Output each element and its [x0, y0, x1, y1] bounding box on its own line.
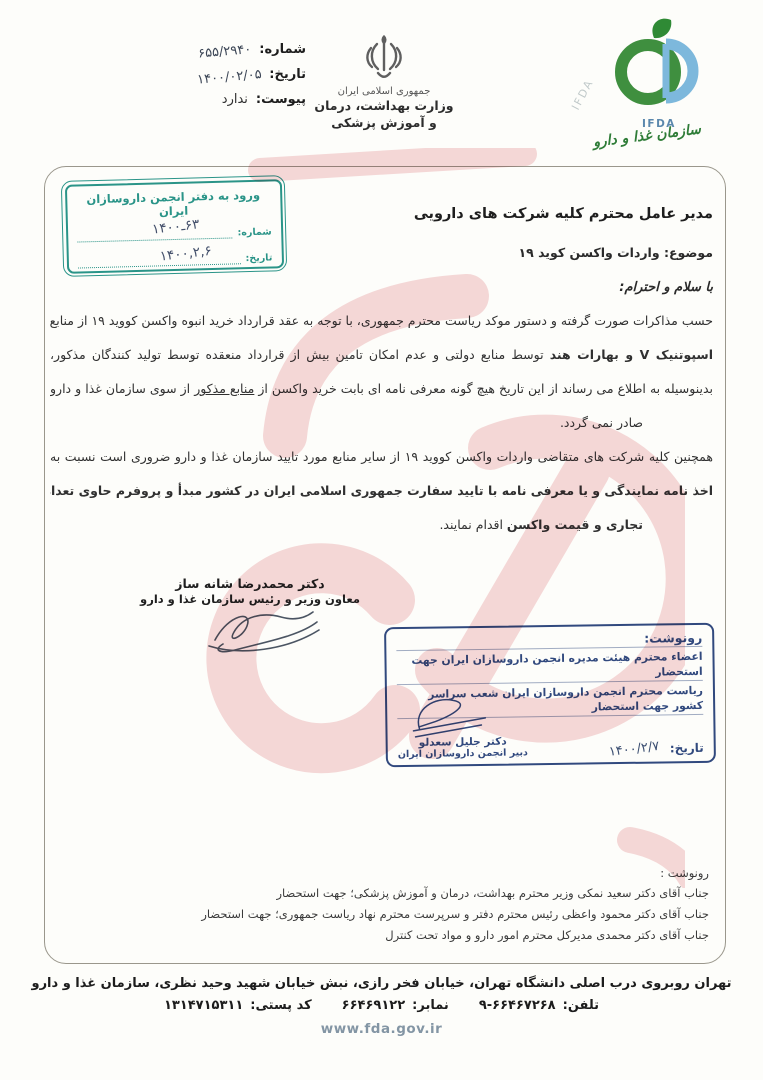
body-line: اسپوتنیک V و بهارات هند توسط منابع دولتی… [50, 338, 713, 372]
ministry-block: جمهوری اسلامی ایران وزارت بهداشت، درمان … [293, 34, 475, 131]
body-line: تجاری و قیمت واکسن اقدام نمایند. [50, 508, 713, 542]
entry-stamp-date-row: تاریخ: ۱۴۰۰,۲,۶ [77, 252, 272, 268]
signature-block: دکتر محمدرضا شانه ساز معاون وزیر و رئیس … [128, 576, 372, 660]
copy-stamp-line1: اعضاء محترم هیئت مدیره انجمن داروسازان ا… [396, 647, 702, 685]
copy-stamp-bottom-row: تاریخ: ۱۴۰۰/۲/۷ دکتر جلیل سعدلو دبیر انج… [398, 733, 704, 760]
copy-stamp-signature-icon [405, 694, 502, 739]
body-text-span: از سوی سازمان غذا و دارو [50, 381, 194, 396]
iran-emblem-icon [358, 34, 410, 84]
entry-stamp-number-label: شماره: [237, 226, 271, 238]
ifda-logo: IFDA IFDA سازمان غذا و دارو [580, 16, 732, 158]
copy-stamp-signer: دکتر جلیل سعدلو دبیر انجمن داروسازان ایر… [398, 735, 528, 760]
letter-number-value: ۶۵۵/۲۹۴۰ [198, 42, 252, 62]
ministry-line2: و آموزش پزشکی [293, 114, 475, 131]
copy-stamp-border: رونوشت: اعضاء محترم هیئت مدیره انجمن دار… [384, 623, 716, 768]
copy-stamp-date: تاریخ: ۱۴۰۰/۲/۷ [609, 741, 704, 757]
copy-stamp-signer-title: دبیر انجمن داروسازان ایران [398, 747, 528, 760]
entry-stamp: ورود به دفتر انجمن داروسازان ایران شماره… [61, 175, 287, 277]
cc-item: جناب آقای دکتر محمدی مدیرکل محترم امور د… [201, 925, 709, 946]
bold-sources-span: اسپوتنیک V و بهارات هند [550, 347, 713, 362]
body-line: اخذ نامه نمایندگی و یا معرفی نامه با تای… [50, 474, 713, 508]
footer-fax-label: نمابر: [412, 998, 449, 1013]
paragraph-2: همچنین کلیه شرکت های متقاضی واردات واکسن… [50, 440, 713, 542]
footer-phone-label: تلفن: [563, 998, 599, 1013]
paragraph-1: حسب مذاکرات صورت گرفته و دستور موکد ریاس… [50, 304, 713, 440]
letter-attachment-row: پیوست: ندارد [40, 92, 306, 107]
letter-number-row: شماره: ۶۵۵/۲۹۴۰ [40, 42, 306, 57]
body-line: همچنین کلیه شرکت های متقاضی واردات واکسن… [50, 440, 713, 474]
footer-postal-value: ۱۳۱۴۷۱۵۳۱۱ [164, 998, 243, 1013]
ministry-line1: وزارت بهداشت، درمان [293, 97, 475, 114]
letterhead-meta: شماره: ۶۵۵/۲۹۴۰ تاریخ: ۱۴۰۰/۰۲/۰۵ پیوست:… [40, 42, 306, 117]
footer-fax: نمابر: ۶۶۴۶۹۱۲۲ [342, 998, 449, 1013]
copy-stamp-date-value: ۱۴۰۰/۲/۷ [609, 739, 661, 760]
entry-stamp-title: ورود به دفتر انجمن داروسازان ایران [76, 187, 272, 220]
body-text-span: توسط منابع دولتی و عدم امکان تامین بیش ا… [50, 347, 550, 362]
body-line: حسب مذاکرات صورت گرفته و دستور موکد ریاس… [50, 304, 713, 338]
entry-stamp-outer-border: ورود به دفتر انجمن داروسازان ایران شماره… [61, 175, 287, 277]
ifda-watermark-text: IFDA [569, 77, 596, 113]
body-line: بدینوسیله به اطلاع می رساند از این تاریخ… [50, 372, 713, 406]
cc-item: جناب آقای دکتر محمود واعظی رئیس محترم دف… [201, 904, 709, 925]
footer-phone: تلفن: ۹-۶۶۴۶۷۲۶۸ [479, 998, 599, 1013]
country-name: جمهوری اسلامی ایران [293, 86, 475, 97]
letter-attachment-value: ندارد [222, 92, 248, 107]
footer-phone-value: ۹-۶۶۴۶۷۲۶۸ [479, 998, 556, 1013]
footer-fax-value: ۶۶۴۶۹۱۲۲ [342, 998, 405, 1013]
entry-stamp-date-label: تاریخ: [245, 252, 272, 264]
letter-date-value: ۱۴۰۰/۰۲/۰۵ [196, 67, 262, 88]
recipient-title: مدیر عامل محترم کلیه شرکت های دارویی [414, 206, 713, 222]
body-line: صادر نمی گردد. [50, 406, 713, 440]
scanned-letter-page: شماره: ۶۵۵/۲۹۴۰ تاریخ: ۱۴۰۰/۰۲/۰۵ پیوست:… [0, 0, 763, 1080]
footer: تهران روبروی درب اصلی دانشگاه تهران، خیا… [0, 976, 763, 1037]
footer-address: تهران روبروی درب اصلی دانشگاه تهران، خیا… [0, 976, 763, 991]
entry-stamp-number-row: شماره: ۶۳ـ۱۴۰۰ [77, 226, 272, 242]
subject-line: موضوع: واردات واکسن کوید ۱۹ [518, 245, 713, 260]
bold-span: تجاری و قیمت واکسن [507, 517, 643, 532]
cc-section: رونوشت : جناب آقای دکتر سعید نمکی وزیر م… [201, 866, 709, 946]
body-text-span: اقدام نمایند. [439, 517, 506, 532]
body-text-span: بدینوسیله به اطلاع می رساند از این تاریخ… [254, 381, 713, 396]
copy-stamp: رونوشت: اعضاء محترم هیئت مدیره انجمن دار… [384, 623, 716, 768]
letter-date-row: تاریخ: ۱۴۰۰/۰۲/۰۵ [40, 67, 306, 82]
copy-stamp-date-label: تاریخ: [670, 741, 704, 755]
ifda-logo-icon [610, 18, 702, 118]
footer-website: www.fda.gov.ir [0, 1021, 763, 1037]
salutation: با سلام و احترام: [619, 280, 713, 295]
entry-stamp-inner-border: ورود به دفتر انجمن داروسازان ایران شماره… [64, 179, 283, 274]
cc-item: جناب آقای دکتر سعید نمکی وزیر محترم بهدا… [201, 883, 709, 904]
signatory-name: دکتر محمدرضا شانه ساز [128, 576, 372, 591]
underlined-span: منابع مذکور [194, 381, 254, 396]
signature-scribble-icon [199, 604, 329, 656]
footer-contacts: تلفن: ۹-۶۶۴۶۷۲۶۸ نمابر: ۶۶۴۶۹۱۲۲ کد پستی… [0, 998, 763, 1013]
cc-title: رونوشت : [201, 866, 709, 880]
footer-postal: کد پستی: ۱۳۱۴۷۱۵۳۱۱ [164, 998, 312, 1013]
footer-postal-label: کد پستی: [250, 998, 311, 1013]
